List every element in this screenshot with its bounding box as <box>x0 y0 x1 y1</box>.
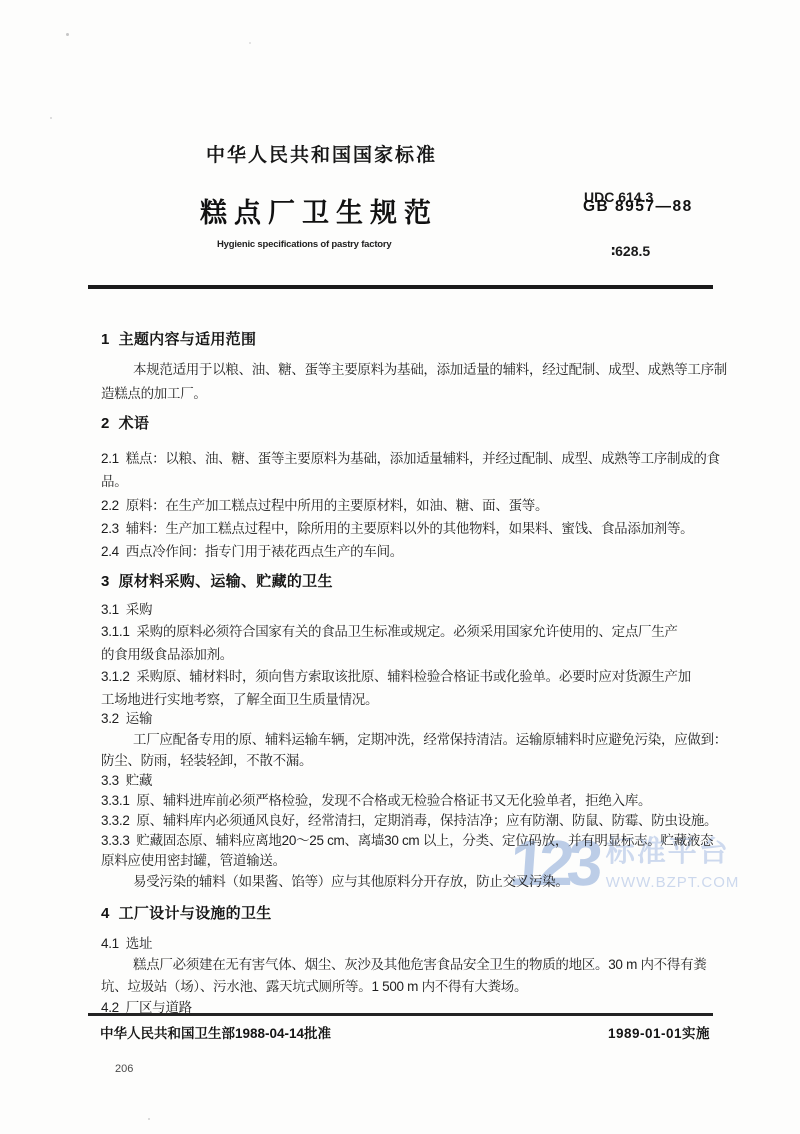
implementation-note: 1989-01-01实施 <box>608 1022 710 1042</box>
text-line: 3.3.2 原、辅料库内必须通风良好，经常清扫，定期消毒，保持洁净；应有防潮、防… <box>101 812 717 829</box>
header-divider <box>88 285 713 289</box>
scan-speck <box>66 33 69 36</box>
text-line: 4.1 选址 <box>101 935 152 952</box>
text-line: 3.1.2 采购原、辅材料时，须向售方索取该批原、辅料检验合格证书或化验单。必要… <box>101 668 691 685</box>
text-line: 糕点厂必须建在无有害气体、烟尘、灰沙及其他危害食品安全卫生的物质的地区。30 m… <box>133 956 706 973</box>
text-line: 3.1 采购 <box>101 601 152 618</box>
udc-line-2: ∶628.5 <box>611 242 653 260</box>
text-line: 防尘、防雨，轻装轻卸，不散不漏。 <box>101 752 312 769</box>
scan-speck <box>249 42 251 44</box>
document-title: 糕点厂卫生规范 <box>200 191 438 230</box>
text-line: 3.2 运输 <box>101 710 152 727</box>
text-line: 2.4 西点冷作间：指专门用于裱花西点生产的车间。 <box>101 543 403 560</box>
text-line: 工厂应配备专用的原、辅料运输车辆，定期冲洗，经常保持清洁。运输原辅料时应避免污染… <box>133 731 727 748</box>
text-line: 的食用级食品添加剂。 <box>101 646 233 663</box>
text-line: 工场地进行实地考察，了解全面卫生质量情况。 <box>101 691 378 708</box>
section-heading: 3 原材料采购、运输、贮藏的卫生 <box>101 573 333 590</box>
text-line: 3.3.1 原、辅料进库前必须严格检验，发现不合格或无检验合格证书又无化验单者，… <box>101 792 651 809</box>
text-line: 本规范适用于以粮、油、糖、蛋等主要原料为基础，添加适量的辅料，经过配制、成型、成… <box>133 361 727 378</box>
text-line: 3.3 贮藏 <box>101 772 152 789</box>
standard-number: GB 8957—88 <box>583 198 693 216</box>
watermark-url: WWW.BZPT.COM <box>606 873 740 893</box>
udc-number: UDC 614.3 ∶628.5 <box>584 152 653 296</box>
text-line: 2.1 糕点：以粮、油、糖、蛋等主要原料为基础，添加适量辅料，并经过配制、成型、… <box>101 450 720 467</box>
section-heading: 2 术语 <box>101 415 149 432</box>
document-page: 中华人民共和国国家标准 UDC 614.3 ∶628.5 糕点厂卫生规范 GB … <box>0 0 800 1134</box>
approval-note: 中华人民共和国卫生部1988-04-14批准 <box>100 1022 331 1042</box>
text-line: 3.3.3 贮藏固态原、辅料应离地20～25 cm、离墙30 cm 以上，分类、… <box>101 832 713 849</box>
text-line: 造糕点的加工厂。 <box>101 385 207 402</box>
text-line: 2.2 原料：在生产加工糕点过程中所用的主要原材料，如油、糖、面、蛋等。 <box>101 497 548 514</box>
page-number: 206 <box>115 1063 133 1075</box>
scan-speck <box>50 117 52 119</box>
text-line: 2.3 辅料：生产加工糕点过程中，除所用的主要原料以外的其他物料，如果料、蜜饯、… <box>101 520 693 537</box>
text-line: 易受污染的辅料（如果酱、馅等）应与其他原料分开存放，防止交叉污染。 <box>133 873 569 890</box>
standard-class-label: 中华人民共和国国家标准 <box>206 140 437 167</box>
scan-speck <box>148 1118 150 1120</box>
text-line: 3.1.1 采购的原料必须符合国家有关的食品卫生标准或规定。必须采用国家允许使用… <box>101 623 678 640</box>
text-line: 坑、垃圾站（场）、污水池、露天坑式厕所等。1 500 m 内不得有大粪场。 <box>101 978 527 995</box>
text-line: 4.2 厂区与道路 <box>101 999 192 1016</box>
text-line: 原料应使用密封罐，管道输送。 <box>101 852 286 869</box>
section-heading: 1 主题内容与适用范围 <box>101 331 256 348</box>
document-title-english: Hygienic specifications of pastry factor… <box>217 239 391 250</box>
section-heading: 4 工厂设计与设施的卫生 <box>101 905 272 922</box>
text-line: 品。 <box>101 473 127 490</box>
